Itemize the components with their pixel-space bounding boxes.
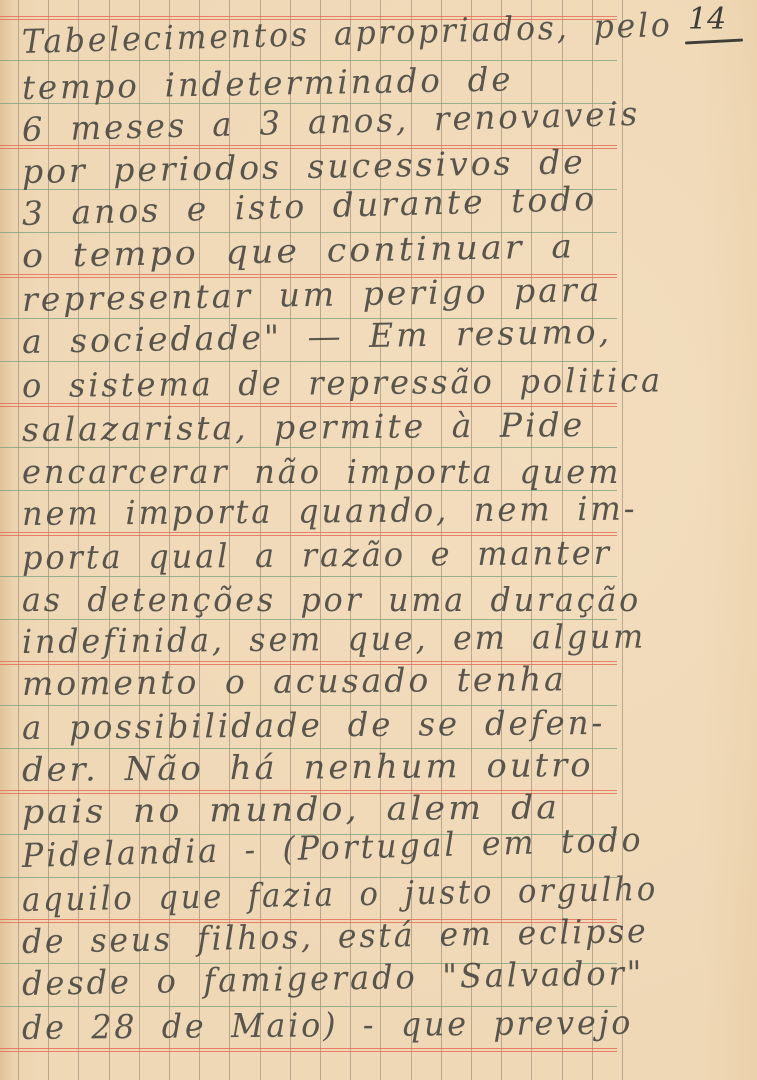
- text-line: nem importa quando, nem im-: [22, 489, 638, 533]
- text-line: a possibilidade de se defen-: [22, 703, 606, 747]
- manuscript-page: 14 Tabelecimentos apropriados, pelo temp…: [0, 0, 757, 1080]
- text-line: momento o acusado tenha: [22, 659, 567, 703]
- text-line: der. Não há nenhum outro: [22, 745, 594, 789]
- text-line: indefinida, sem que, em algum: [22, 617, 646, 661]
- page-number: 14: [688, 2, 726, 37]
- grid-red-rule: [0, 1048, 617, 1052]
- text-line: o sistema de repressão politica: [22, 360, 663, 405]
- text-line: encarcerar não importa quem: [22, 452, 621, 491]
- text-line: a sociedade" — Em resumo,: [22, 312, 613, 361]
- text-line: porta qual a razão e manter: [22, 533, 612, 577]
- text-line: salazarista, permite à Pide: [22, 405, 586, 449]
- text-line: Tabelecimentos apropriados, pelo: [21, 5, 673, 61]
- text-line: de 28 de Maio) - que prevejo: [22, 1003, 634, 1047]
- text-line: as detenções por uma duração: [22, 580, 641, 619]
- text-line: desde o famigerado "Salvador": [22, 953, 645, 1003]
- grid-green-rule: [0, 60, 617, 61]
- page-number-underline: [685, 38, 743, 44]
- grid-vertical-rule: [18, 0, 19, 1080]
- text-line: o tempo que continuar a: [22, 226, 576, 275]
